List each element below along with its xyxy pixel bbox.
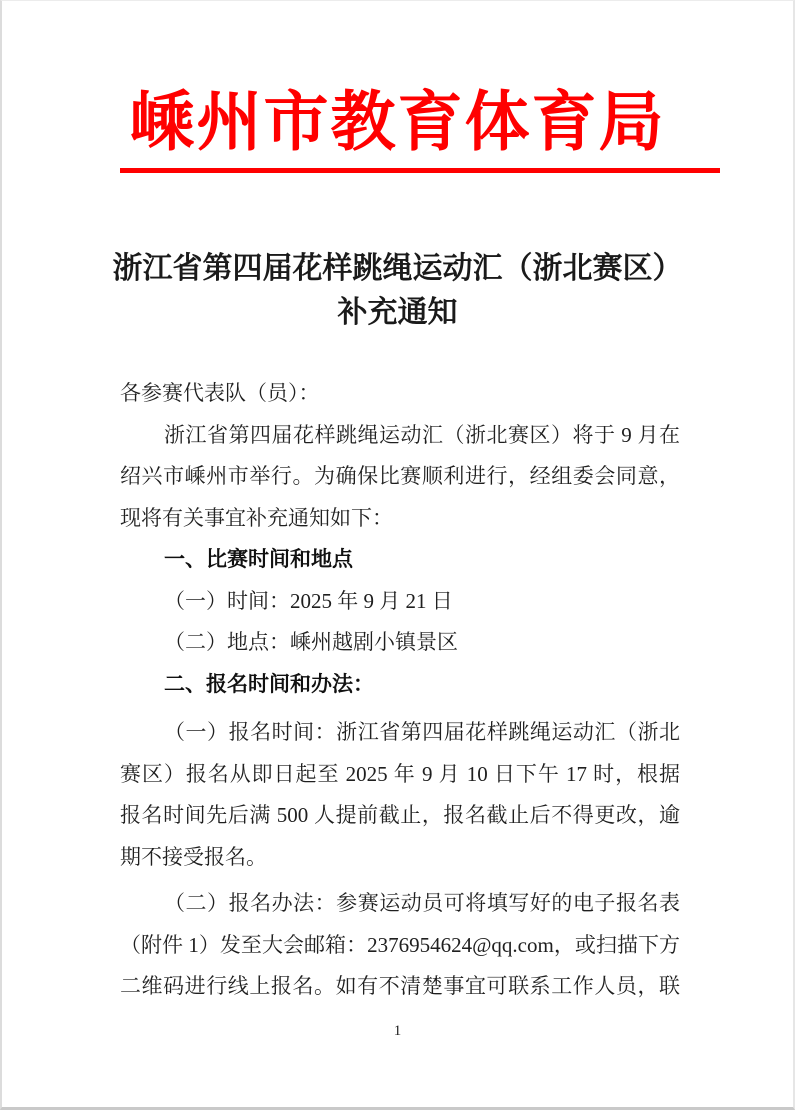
- salutation: 各参赛代表队（员）：: [120, 373, 680, 415]
- body-line: 浙江省第四届花样跳绳运动汇（浙北赛区）将于 9 月在: [120, 415, 680, 457]
- body-line: 期不接受报名。: [120, 837, 680, 879]
- document-body: 各参赛代表队（员）： 浙江省第四届花样跳绳运动汇（浙北赛区）将于 9 月在 绍兴…: [120, 373, 680, 1008]
- document-page: 嵊州市教育体育局 浙江省第四届花样跳绳运动汇（浙北赛区） 补充通知 各参赛代表队…: [0, 0, 795, 1110]
- red-separator-line: [120, 168, 720, 173]
- body-line: （一）报名时间：浙江省第四届花样跳绳运动汇（浙北: [120, 712, 680, 754]
- page-number: 1: [2, 1022, 793, 1040]
- body-line: （二）报名办法：参赛运动员可将填写好的电子报名表: [120, 883, 680, 925]
- body-line: 赛区）报名从即日起至 2025 年 9 月 10 日下午 17 时，根据: [120, 754, 680, 796]
- body-line: 绍兴市嵊州市举行。为确保比赛顺利进行，经组委会同意，: [120, 456, 680, 498]
- body-line: 二维码进行线上报名。如有不清楚事宜可联系工作人员，联: [120, 966, 680, 1008]
- agency-name: 嵊州市教育体育局: [2, 83, 793, 163]
- body-line: （一）时间：2025 年 9 月 21 日: [120, 581, 680, 623]
- body-line: （附件 1）发至大会邮箱：2376954624@qq.com，或扫描下方: [120, 925, 680, 967]
- body-line: 报名时间先后满 500 人提前截止，报名截止后不得更改，逾: [120, 795, 680, 837]
- section-heading-1: 一、比赛时间和地点: [120, 539, 680, 581]
- document-title-line2: 补充通知: [2, 291, 793, 335]
- body-line: 现将有关事宜补充通知如下：: [120, 498, 680, 540]
- body-line: （二）地点：嵊州越剧小镇景区: [120, 622, 680, 664]
- document-title-line1: 浙江省第四届花样跳绳运动汇（浙北赛区）: [2, 247, 793, 291]
- section-heading-2: 二、报名时间和办法：: [120, 664, 680, 706]
- document-title: 浙江省第四届花样跳绳运动汇（浙北赛区） 补充通知: [2, 247, 793, 335]
